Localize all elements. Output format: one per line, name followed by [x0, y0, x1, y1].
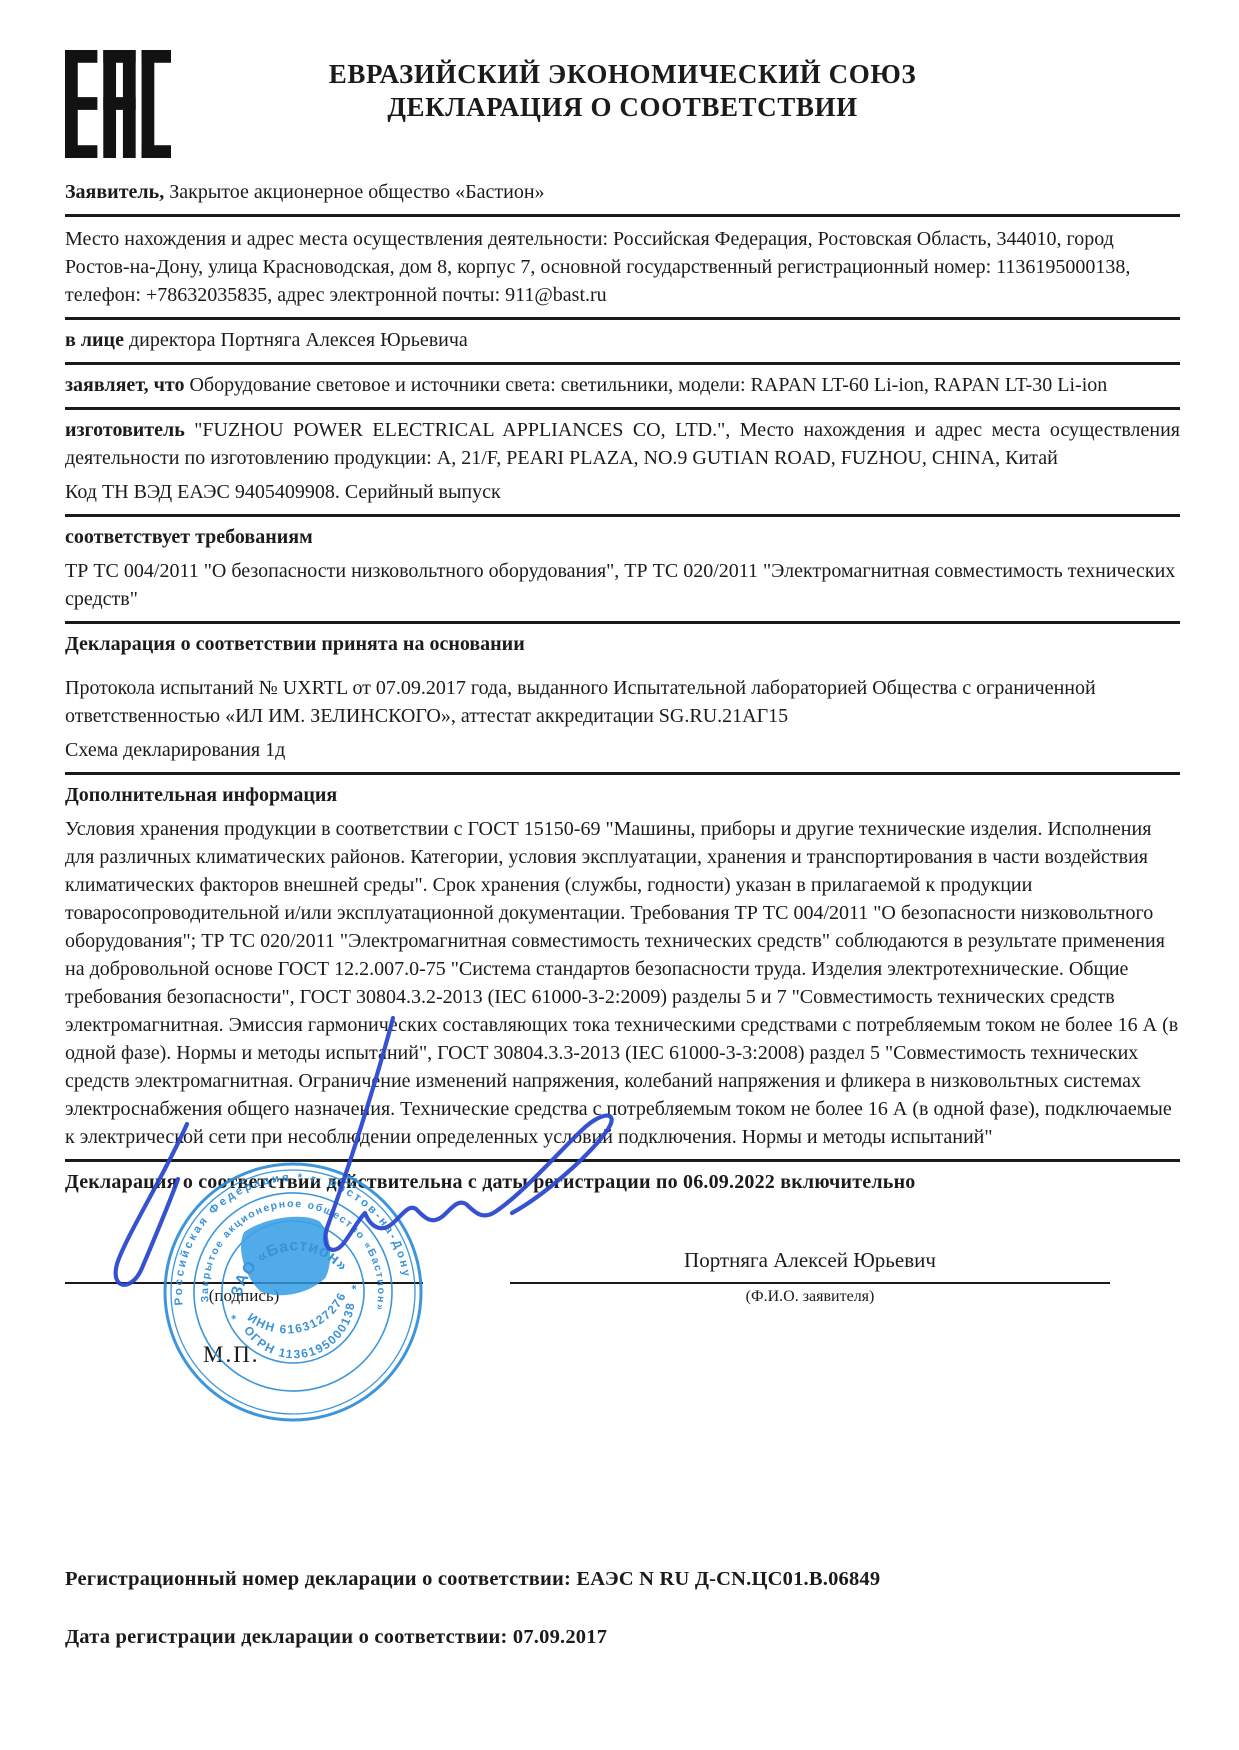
header: ЕВРАЗИЙСКИЙ ЭКОНОМИЧЕСКИЙ СОЮЗ ДЕКЛАРАЦИ…	[65, 0, 1180, 124]
registration-number-label: Регистрационный номер декларации о соотв…	[65, 1568, 571, 1590]
manufacturer-row: изготовитель "FUZHOU POWER ELECTRICAL AP…	[65, 416, 1180, 472]
title-line1: ЕВРАЗИЙСКИЙ ЭКОНОМИЧЕСКИЙ СОЮЗ	[65, 58, 1180, 91]
declaration-scheme: Схема декларирования 1д	[65, 736, 1180, 764]
divider	[65, 317, 1180, 320]
stamp-star-left: *	[230, 1311, 239, 1326]
handwritten-signature	[75, 1006, 645, 1306]
registration-date-value: 07.09.2017	[513, 1626, 607, 1648]
conformity-requirements: ТР ТС 004/2011 "О безопасности низковоль…	[65, 557, 1180, 613]
eac-logo	[65, 50, 171, 158]
title-line2: ДЕКЛАРАЦИЯ О СООТВЕТСТВИИ	[65, 91, 1180, 124]
divider	[65, 214, 1180, 217]
representative-label: в лице	[65, 329, 124, 351]
declares-label: заявляет, что	[65, 374, 184, 396]
manufacturer-value: "FUZHOU POWER ELECTRICAL APPLIANCES CO, …	[65, 419, 1180, 469]
applicant-address: Место нахождения и адрес места осуществл…	[65, 225, 1180, 309]
divider	[65, 362, 1180, 365]
product-row: заявляет, что Оборудование световое и ис…	[65, 371, 1180, 399]
registration-date-label: Дата регистрации декларации о соответств…	[65, 1626, 508, 1648]
applicant-value: Закрытое акционерное общество «Бастион»	[169, 181, 544, 203]
divider	[65, 407, 1180, 410]
conformity-heading: соответствует требованиям	[65, 523, 1180, 551]
basis-heading: Декларация о соответствии принята на осн…	[65, 630, 1180, 658]
applicant-row: Заявитель, Закрытое акционерное общество…	[65, 178, 1180, 206]
divider	[65, 772, 1180, 775]
declaration-document: ЕВРАЗИЙСКИЙ ЭКОНОМИЧЕСКИЙ СОЮЗ ДЕКЛАРАЦИ…	[0, 0, 1239, 1750]
signature-area: (подпись) Портняга Алексей Юрьевич (Ф.И.…	[65, 1204, 1180, 1416]
registration-date-line: Дата регистрации декларации о соответств…	[65, 1626, 607, 1649]
additional-heading: Дополнительная информация	[65, 781, 1180, 809]
document-title: ЕВРАЗИЙСКИЙ ЭКОНОМИЧЕСКИЙ СОЮЗ ДЕКЛАРАЦИ…	[65, 58, 1180, 124]
basis-protocol: Протокола испытаний № UXRTL от 07.09.201…	[65, 674, 1180, 730]
manufacturer-label: изготовитель	[65, 419, 185, 441]
registration-number-line: Регистрационный номер декларации о соотв…	[65, 1568, 880, 1591]
representative-value: директора Портняга Алексея Юрьевича	[129, 329, 468, 351]
representative-row: в лице директора Портняга Алексея Юрьеви…	[65, 326, 1180, 354]
registration-number-value: ЕАЭС N RU Д-CN.ЦС01.В.06849	[576, 1568, 880, 1590]
tnved-code-line: Код ТН ВЭД ЕАЭС 9405409908. Серийный вып…	[65, 478, 1180, 506]
product-description: Оборудование световое и источники света:…	[189, 374, 1107, 396]
divider	[65, 514, 1180, 517]
applicant-label: Заявитель,	[65, 181, 164, 203]
divider	[65, 621, 1180, 624]
